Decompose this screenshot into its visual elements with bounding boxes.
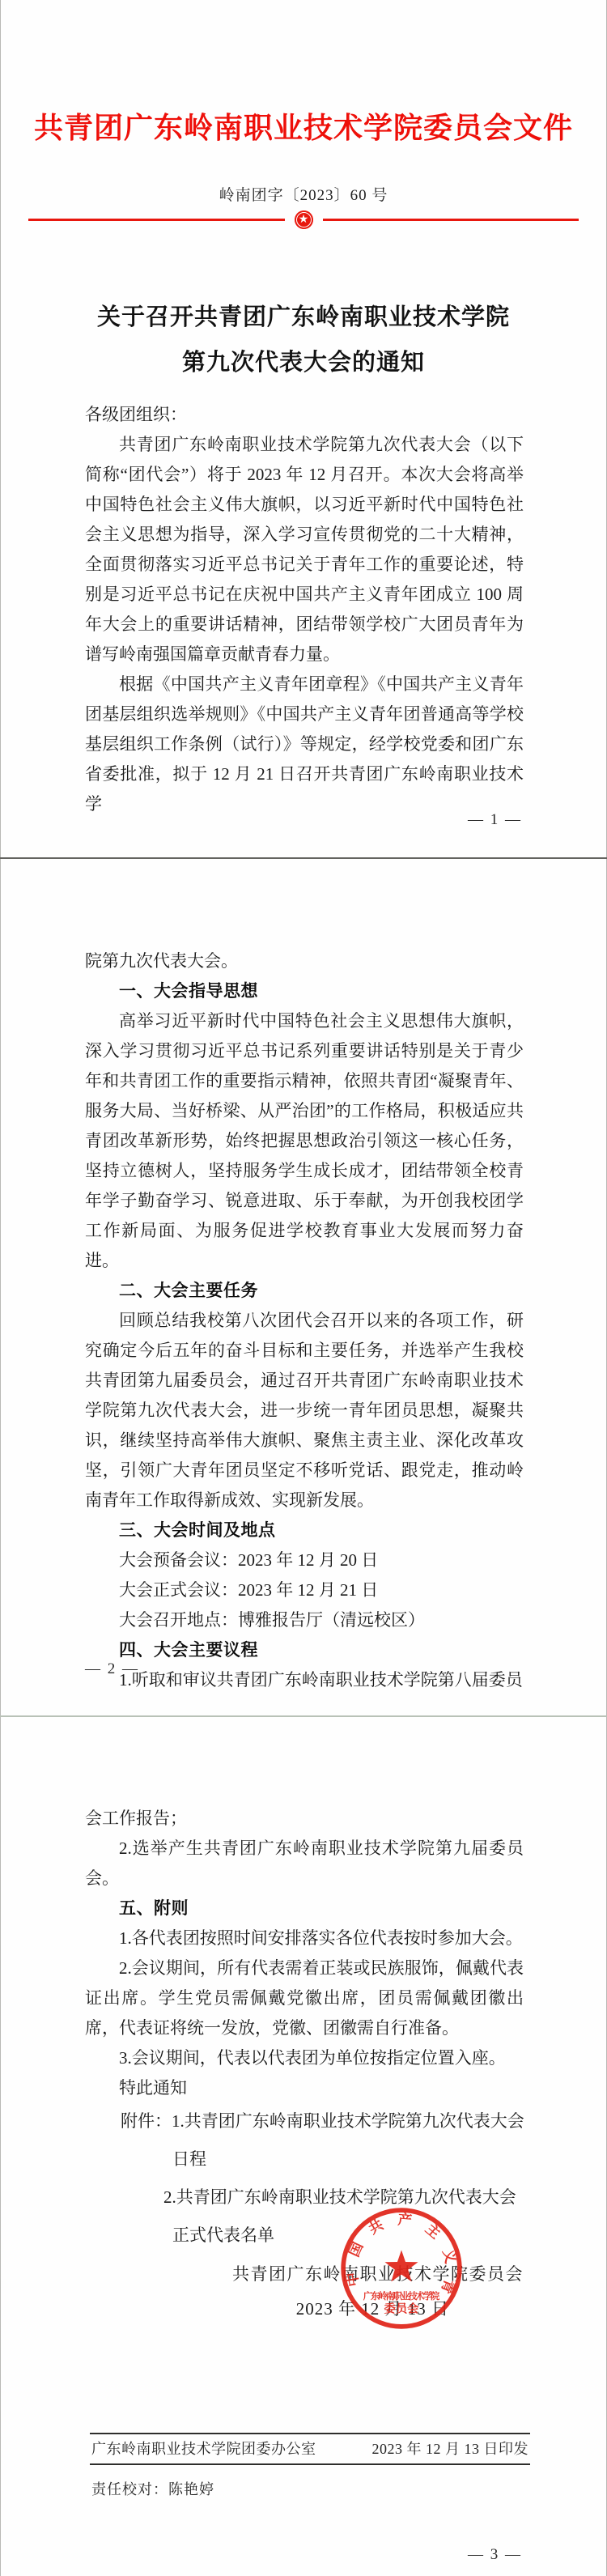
page3-body: 会工作报告； 2.选举产生共青团广东岭南职业技术学院第九届委员会。 五、附则 1…	[85, 1804, 524, 2103]
carryover-line: 院第九次代表大会。	[85, 946, 524, 976]
attachment-row-1-cont: 日程	[85, 2140, 541, 2179]
section-4-heading: 四、大会主要议程	[85, 1635, 524, 1665]
red-rule-right	[323, 219, 579, 221]
official-round-seal-icon: 中国共产主义青年团 广东岭南职业技术学院 委员会	[339, 2206, 464, 2331]
page2-body: 院第九次代表大会。 一、大会指导思想 高举习近平新时代中国特色社会主义思想伟大旗…	[85, 946, 524, 1695]
issuing-office: 广东岭南职业技术学院团委办公室	[91, 2438, 316, 2459]
notice-title-line2: 第九次代表大会的通知	[1, 340, 606, 385]
carryover-line: 会工作报告；	[85, 1804, 524, 1834]
schedule-prep-meeting: 大会预备会议：2023 年 12 月 20 日	[85, 1545, 524, 1575]
paragraph-1: 共青团广东岭南职业技术学院第九次代表大会（以下简称“团代会”）将于 2023 年…	[85, 430, 524, 670]
section-3-heading: 三、大会时间及地点	[85, 1515, 524, 1545]
attachment-row-1: 附件：1.共青团广东岭南职业技术学院第九次代表大会	[85, 2102, 541, 2140]
section-1-body: 高举习近平新时代中国特色社会主义思想伟大旗帜，深入学习贯彻习近平总书记系列重要讲…	[85, 1006, 524, 1276]
appendix-rule-1: 1.各代表团按照时间安排落实各位代表按时参加大会。	[85, 1923, 524, 1953]
agenda-item-2: 2.选举产生共青团广东岭南职业技术学院第九届委员会。	[85, 1834, 524, 1894]
notice-title-line1: 关于召开共青团广东岭南职业技术学院	[1, 295, 606, 340]
section-1-heading: 一、大会指导思想	[85, 976, 524, 1006]
seal-committee-line: 委员会	[384, 2301, 419, 2315]
page1-body: 各级团组织： 共青团广东岭南职业技术学院第九次代表大会（以下简称“团代会”）将于…	[85, 400, 524, 819]
svg-text:中国共产主义青年团: 中国共产主义青年团	[339, 2206, 460, 2298]
section-5-heading: 五、附则	[85, 1894, 524, 1923]
page-number-3: — 3 —	[468, 2546, 522, 2564]
closing-phrase: 特此通知	[85, 2073, 524, 2103]
red-divider-rule: ★	[28, 210, 579, 229]
section-2-heading: 二、大会主要任务	[85, 1276, 524, 1306]
red-header-title: 共青团广东岭南职业技术学院委员会文件	[1, 105, 606, 147]
attachment-row-2-cont: 正式代表名单	[85, 2217, 541, 2255]
proofreader-line: 责任校对：陈艳婷	[91, 2478, 214, 2499]
seal-ring-text: 中国共产主义青年团	[339, 2206, 460, 2298]
page-number-2: — 2 —	[85, 1660, 139, 1678]
paragraph-2: 根据《中国共产主义青年团章程》《中国共产主义青年团基层组织选举规则》《中国共产主…	[85, 670, 524, 819]
red-rule-left	[28, 219, 285, 221]
document-number: 岭南团字〔2023〕60 号	[1, 183, 606, 205]
print-footer: 广东岭南职业技术学院团委办公室 2023 年 12 月 13 日印发	[90, 2433, 530, 2465]
official-document: 共青团广东岭南职业技术学院委员会文件 岭南团字〔2023〕60 号 ★ 关于召开…	[0, 0, 607, 2576]
page-number-1: — 1 —	[468, 811, 522, 829]
schedule-formal-meeting: 大会正式会议：2023 年 12 月 21 日	[85, 1575, 524, 1605]
document-page-3: 会工作报告； 2.选举产生共青团广东岭南职业技术学院第九届委员会。 五、附则 1…	[1, 1717, 606, 2576]
schedule-venue: 大会召开地点：博雅报告厅（清远校区）	[85, 1605, 524, 1635]
attachment-list: 附件：1.共青团广东岭南职业技术学院第九次代表大会 日程 2.共青团广东岭南职业…	[85, 2102, 541, 2255]
print-date: 2023 年 12 月 13 日印发	[372, 2438, 529, 2459]
notice-title: 关于召开共青团广东岭南职业技术学院 第九次代表大会的通知	[1, 295, 606, 385]
agenda-item-1: 1.听取和审议共青团广东岭南职业技术学院第八届委员	[85, 1665, 524, 1695]
section-2-body: 回顾总结我校第八次团代会召开以来的各项工作，研究确定今后五年的奋斗目标和主要任务…	[85, 1306, 524, 1515]
salutation: 各级团组织：	[85, 400, 524, 430]
attachment-row-2: 2.共青团广东岭南职业技术学院第九次代表大会	[85, 2179, 541, 2217]
red-star-icon	[384, 2250, 418, 2281]
appendix-rule-2: 2.会议期间，所有代表需着正装或民族服饰，佩戴代表证出席。学生党员需佩戴党徽出席…	[85, 1953, 524, 2043]
league-star-emblem-icon: ★	[295, 210, 313, 229]
document-page-2: 院第九次代表大会。 一、大会指导思想 高举习近平新时代中国特色社会主义思想伟大旗…	[1, 859, 606, 1715]
document-page-1: 共青团广东岭南职业技术学院委员会文件 岭南团字〔2023〕60 号 ★ 关于召开…	[1, 0, 606, 857]
appendix-rule-3: 3.会议期间，代表以代表团为单位按指定位置入座。	[85, 2043, 524, 2073]
seal-org-line: 广东岭南职业技术学院	[363, 2290, 440, 2302]
